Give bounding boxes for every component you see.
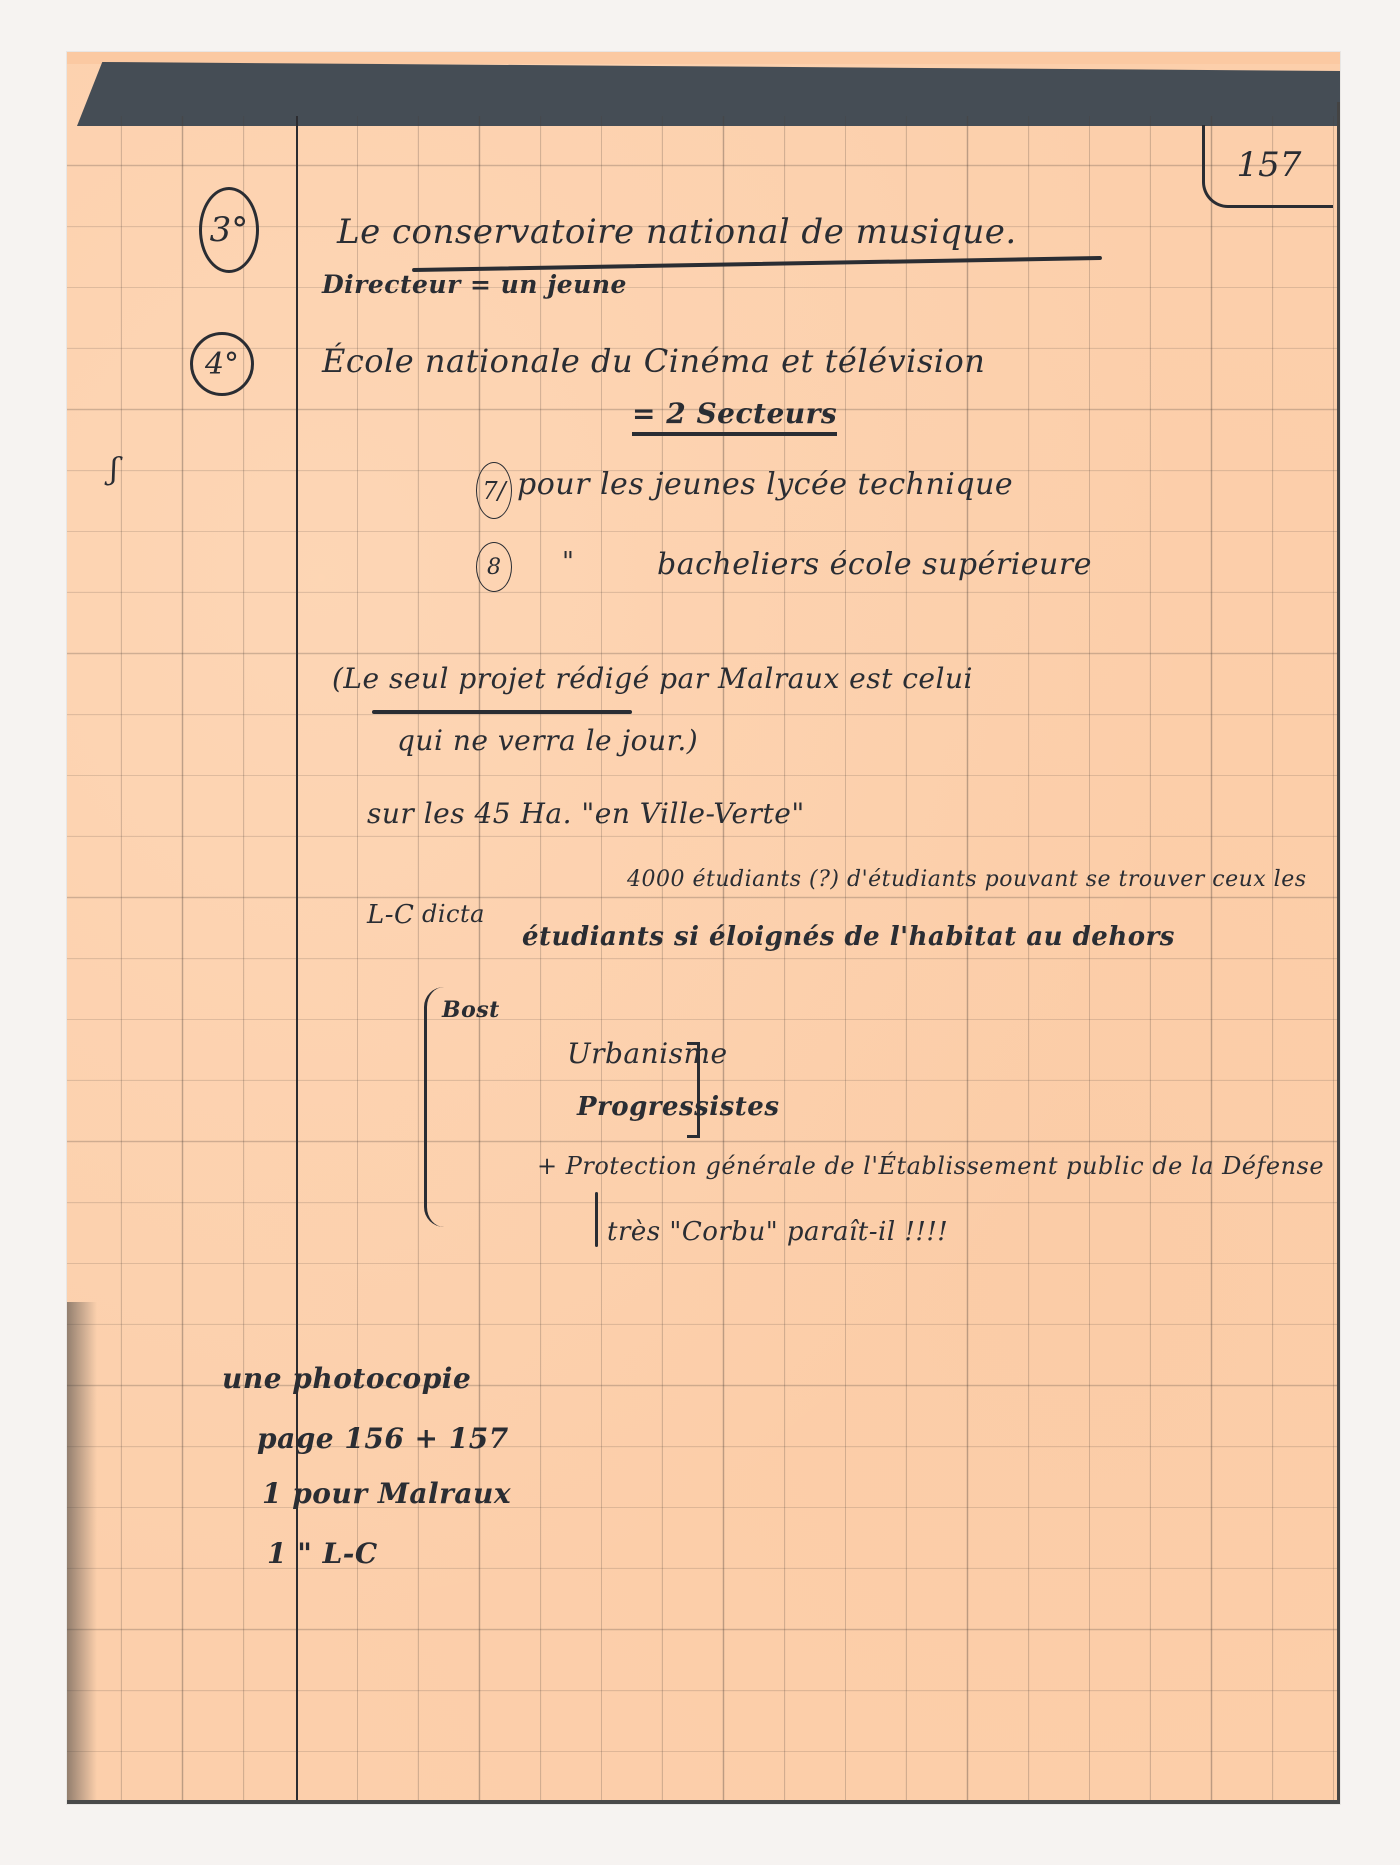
bracket-item-2: Progressistes (577, 1092, 780, 1122)
bracket-sub-line: très "Corbu" paraît-il !!!! (607, 1217, 948, 1247)
page-number-text: 157 (1237, 145, 1302, 185)
paragraph-line-4-main: étudiants si éloignés de l'habitat au de… (522, 922, 1175, 952)
paper-right-edge (1337, 102, 1340, 1804)
paragraph-line-4-above: 4000 étudiants (?) d'étudiants pouvant s… (627, 867, 1307, 892)
sub-8-marker: 8 (476, 542, 512, 592)
sub-8-text: bacheliers école supérieure (657, 547, 1092, 582)
paragraph-line-4-prefix: dicta (422, 900, 485, 928)
right-bracket (687, 1042, 700, 1138)
sub-line-tick (595, 1192, 598, 1247)
item-3-subtitle: Directeur = un jeune (322, 270, 627, 299)
paper-top-strip (67, 52, 1340, 64)
item-4-marker: 4° (190, 332, 254, 396)
bracket-item-1: Urbanisme (567, 1037, 728, 1070)
paragraph-line-3: sur les 45 Ha. "en Ville-Verte" (367, 797, 805, 830)
paragraph-line-2: qui ne verra le jour.) (397, 724, 698, 757)
page-number: 157 (1202, 125, 1333, 208)
item-3-marker: 3° (199, 187, 259, 273)
item-4-sectors: = 2 Secteurs (632, 397, 837, 436)
sub-7-marker-text: 7/ (482, 477, 505, 505)
paragraph-line-4-left: L-C (367, 900, 414, 930)
sub-8-ditto: " (562, 547, 574, 577)
footer-note-line-3: 1 pour Malraux (262, 1477, 511, 1510)
bracket-plus-line: + Protection générale de l'Établissement… (537, 1152, 1324, 1180)
paragraph-underline (372, 710, 632, 714)
left-brace (424, 987, 447, 1227)
sub-7-marker: 7/ (476, 462, 512, 519)
copy-shadow (67, 1302, 97, 1802)
sub-7-text: pour les jeunes lycée technique (517, 467, 1013, 502)
bracket-label: Bost (442, 997, 500, 1023)
item-3-title: Le conservatoire national de musique. (337, 212, 1017, 252)
margin-mark: ʃ (110, 452, 119, 487)
item-4-marker-text: 4° (205, 347, 239, 382)
item-3-marker-text: 3° (210, 210, 249, 250)
sub-8-marker-text: 8 (487, 555, 501, 580)
item-4-title: École nationale du Cinéma et télévision (322, 342, 985, 380)
footer-note-line-2: page 156 + 157 (257, 1422, 509, 1455)
paragraph-line-1: (Le seul projet rédigé par Malraux est c… (332, 662, 973, 695)
notebook-page: 157 3° Le conservatoire national de musi… (67, 52, 1340, 1804)
footer-note-line-4: 1 " L-C (267, 1537, 378, 1570)
footer-note-line-1: une photocopie (222, 1362, 471, 1395)
paper-bottom-edge (67, 1800, 1340, 1804)
